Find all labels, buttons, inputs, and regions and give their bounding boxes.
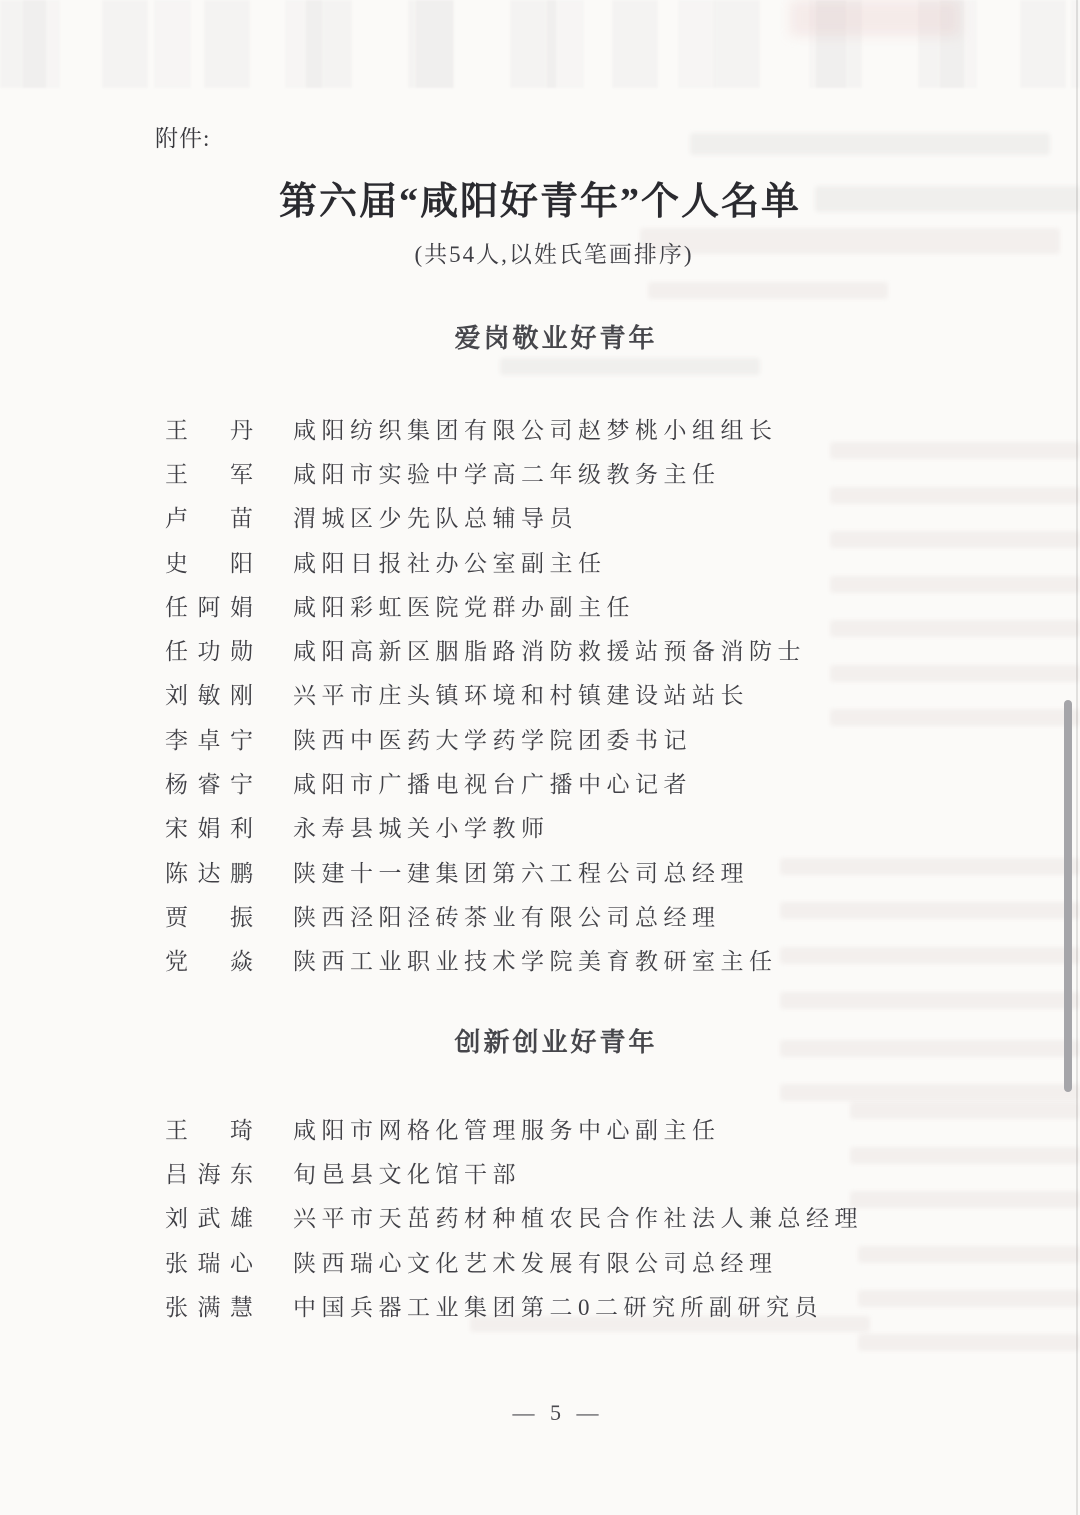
honoree-list-1: 王丹 咸阳纺织集团有限公司赵梦桃小组组长 王军 咸阳市实验中学高二年级教务主任 … (0, 406, 1080, 982)
list-item: 任阿娟 咸阳彩虹医院党群办副主任 (0, 583, 1080, 627)
honoree-name: 吕海东 (165, 1156, 253, 1189)
honoree-description: 陕西瑞心文化艺术发展有限公司总经理 (293, 1245, 778, 1278)
section-heading-dedicated-youth: 爱岗敬业好青年 (16, 318, 1080, 355)
honoree-list-2: 王琦 咸阳市网格化管理服务中心副主任 吕海东 旬邑县文化馆干部 刘武雄 兴平市天… (0, 1106, 1080, 1327)
honoree-description: 咸阳日报社办公室副主任 (293, 545, 607, 578)
list-item: 王军 咸阳市实验中学高二年级教务主任 (0, 450, 1080, 494)
honoree-description: 咸阳高新区胭脂路消防救援站预备消防士 (293, 633, 806, 666)
honoree-description: 咸阳彩虹医院党群办副主任 (293, 589, 635, 622)
honoree-name: 张满慧 (165, 1289, 253, 1322)
honoree-name: 王琦 (165, 1112, 253, 1145)
honoree-description: 旬邑县文化馆干部 (293, 1156, 521, 1189)
document-title: 第六届“咸阳好青年”个人名单 (0, 170, 1080, 225)
honoree-name: 王军 (165, 456, 253, 489)
list-item: 李卓宁 陕西中医药大学药学院团委书记 (0, 716, 1080, 760)
list-item: 宋娟利 永寿县城关小学教师 (0, 805, 1080, 849)
list-item: 贾振 陕西泾阳泾砖茶业有限公司总经理 (0, 893, 1080, 937)
honoree-name: 任功勋 (165, 633, 253, 666)
honoree-name: 张瑞心 (165, 1245, 253, 1278)
scan-noise-blob (790, 0, 960, 36)
list-item: 陈达鹏 陕建十一建集团第六工程公司总经理 (0, 849, 1080, 893)
honoree-name: 任阿娟 (165, 589, 253, 622)
list-item: 吕海东 旬邑县文化馆干部 (0, 1150, 1080, 1194)
honoree-name: 杨睿宁 (165, 766, 253, 799)
honoree-description: 陕西泾阳泾砖茶业有限公司总经理 (293, 899, 721, 932)
list-item: 张瑞心 陕西瑞心文化艺术发展有限公司总经理 (0, 1239, 1080, 1283)
honoree-name: 刘敏刚 (165, 677, 253, 710)
list-item: 杨睿宁 咸阳市广播电视台广播中心记者 (0, 760, 1080, 804)
scrollbar-thumb[interactable] (1064, 700, 1072, 1092)
viewer-edge-line (1076, 0, 1078, 1515)
honoree-name: 陈达鹏 (165, 855, 253, 888)
scanned-document-page: 附件: 第六届“咸阳好青年”个人名单 (共54人,以姓氏笔画排序) 爱岗敬业好青… (0, 0, 1080, 1515)
honoree-name: 王丹 (165, 412, 253, 445)
honoree-description: 陕西中医药大学药学院团委书记 (293, 722, 692, 755)
honoree-description: 咸阳市广播电视台广播中心记者 (293, 766, 692, 799)
list-item: 卢苗 渭城区少先队总辅导员 (0, 495, 1080, 539)
attachment-label: 附件: (155, 120, 210, 153)
honoree-description: 咸阳纺织集团有限公司赵梦桃小组组长 (293, 412, 778, 445)
section-heading-innovation-youth: 创新创业好青年 (16, 1022, 1080, 1059)
honoree-name: 刘武雄 (165, 1200, 253, 1233)
honoree-description: 陕建十一建集团第六工程公司总经理 (293, 855, 749, 888)
page-number: — 5 — (18, 1400, 1080, 1426)
honoree-name: 党焱 (165, 943, 253, 976)
honoree-name: 史阳 (165, 545, 253, 578)
honoree-description: 陕西工业职业技术学院美育教研室主任 (293, 943, 778, 976)
honoree-name: 李卓宁 (165, 722, 253, 755)
document-subtitle: (共54人,以姓氏笔画排序) (14, 236, 1080, 269)
honoree-description: 永寿县城关小学教师 (293, 810, 550, 843)
honoree-name: 卢苗 (165, 500, 253, 533)
list-item: 党焱 陕西工业职业技术学院美育教研室主任 (0, 938, 1080, 982)
honoree-description: 咸阳市实验中学高二年级教务主任 (293, 456, 721, 489)
honoree-description: 兴平市天茁药材种植农民合作社法人兼总经理 (293, 1200, 863, 1233)
list-item: 王丹 咸阳纺织集团有限公司赵梦桃小组组长 (0, 406, 1080, 450)
honoree-description: 中国兵器工业集团第二0二研究所副研究员 (293, 1289, 823, 1322)
list-item: 史阳 咸阳日报社办公室副主任 (0, 539, 1080, 583)
list-item: 刘武雄 兴平市天茁药材种植农民合作社法人兼总经理 (0, 1195, 1080, 1239)
list-item: 刘敏刚 兴平市庄头镇环境和村镇建设站站长 (0, 672, 1080, 716)
list-item: 任功勋 咸阳高新区胭脂路消防救援站预备消防士 (0, 627, 1080, 671)
honoree-name: 宋娟利 (165, 810, 253, 843)
honoree-name: 贾振 (165, 899, 253, 932)
honoree-description: 兴平市庄头镇环境和村镇建设站站长 (293, 677, 749, 710)
list-item: 张满慧 中国兵器工业集团第二0二研究所副研究员 (0, 1283, 1080, 1327)
list-item: 王琦 咸阳市网格化管理服务中心副主任 (0, 1106, 1080, 1150)
honoree-description: 咸阳市网格化管理服务中心副主任 (293, 1112, 721, 1145)
honoree-description: 渭城区少先队总辅导员 (293, 500, 578, 533)
